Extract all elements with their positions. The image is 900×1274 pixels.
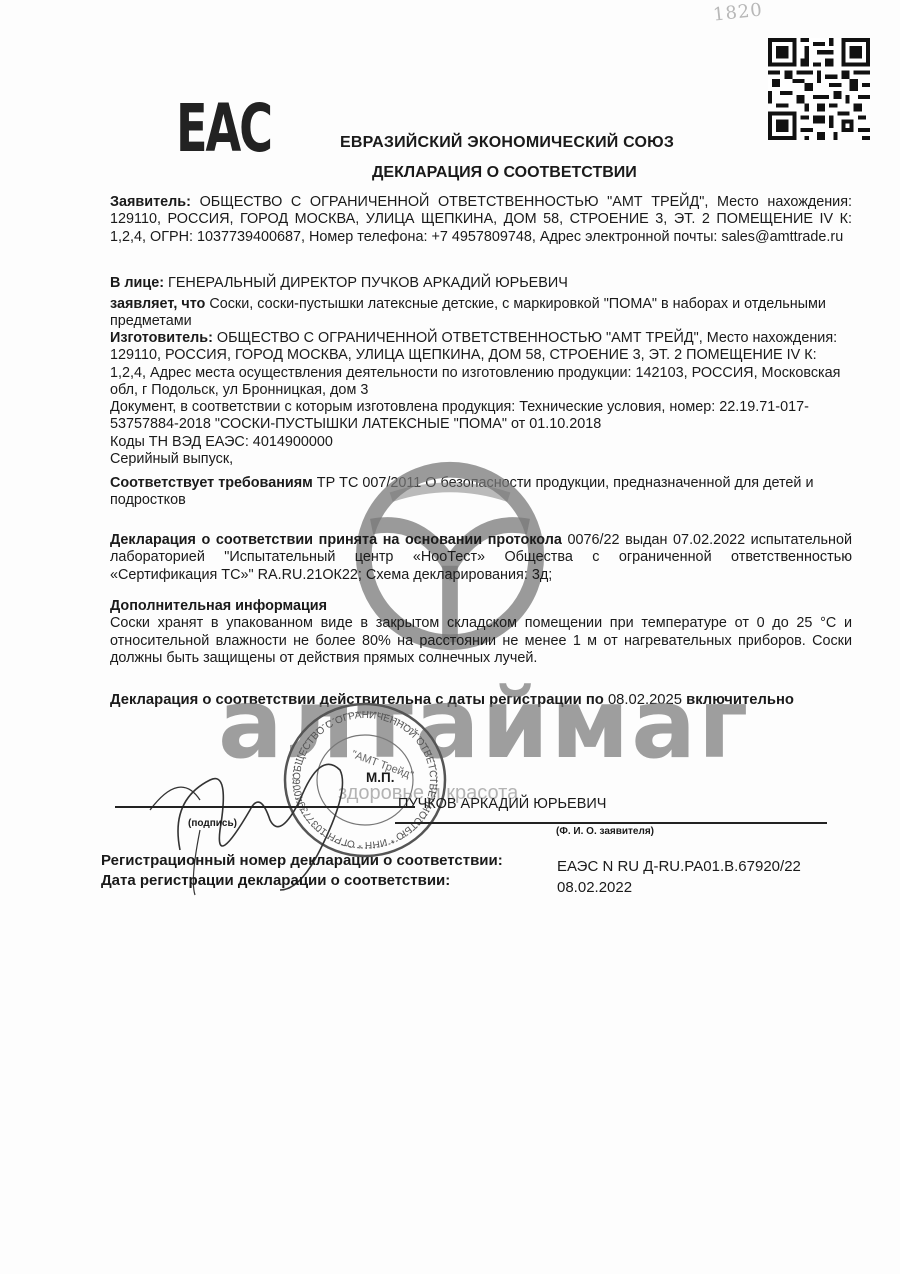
registration-date-value: 08.02.2022: [557, 879, 632, 896]
union-title: ЕВРАЗИЙСКИЙ ЭКОНОМИЧЕСКИЙ СОЮЗ: [340, 134, 674, 152]
signature-line: [115, 806, 415, 808]
additional-info-section: Дополнительная информация Соски хранят в…: [110, 598, 852, 667]
represented-by-text: ГЕНЕРАЛЬНЫЙ ДИРЕКТОР ПУЧКОВ АРКАДИЙ ЮРЬЕ…: [168, 275, 568, 291]
signer-caption: (Ф. И. О. заявителя): [556, 826, 654, 837]
handwritten-note: 1820: [712, 0, 764, 26]
signature-caption: (подпись): [188, 818, 237, 829]
represented-by-label: В лице:: [110, 275, 164, 291]
basis-section: Декларация о соответствии принята на осн…: [110, 532, 852, 584]
declares-label: заявляет, что: [110, 296, 205, 312]
additional-info-text: Соски хранят в упакованном виде в закрыт…: [110, 615, 852, 667]
additional-info-label: Дополнительная информация: [110, 598, 852, 615]
registration-number-label: Регистрационный номер декларации о соотв…: [101, 852, 503, 869]
manufacturer-text: ОБЩЕСТВО С ОГРАНИЧЕННОЙ ОТВЕТСТВЕННОСТЬЮ…: [110, 330, 840, 398]
declares-text: Соски, соски-пустышки латексные детские,…: [110, 296, 826, 329]
basis-label: Декларация о соответствии принята на осн…: [110, 532, 562, 548]
manufacturer-label: Изготовитель:: [110, 330, 213, 346]
signer-name: ПУЧКОВ АРКАДИЙ ЮРЬЕВИЧ: [398, 796, 606, 812]
document-title: ДЕКЛАРАЦИЯ О СООТВЕТСТВИИ: [372, 164, 637, 182]
declares-section: заявляет, что Соски, соски-пустышки лате…: [110, 296, 852, 331]
applicant-label: Заявитель:: [110, 194, 191, 210]
signer-name-line: [395, 822, 827, 824]
manufacturer-document: Документ, в соответствии с которым изгот…: [110, 399, 852, 434]
registration-date-label: Дата регистрации декларации о соответств…: [101, 872, 450, 889]
stamp-label: М.П.: [366, 770, 394, 785]
qr-code-icon: [768, 38, 870, 140]
eac-logo: EAC: [176, 96, 271, 162]
applicant-section: Заявитель: ОБЩЕСТВО С ОГРАНИЧЕННОЙ ОТВЕТ…: [110, 194, 852, 246]
complies-label: Соответствует требованиям: [110, 475, 313, 491]
applicant-text: ОБЩЕСТВО С ОГРАНИЧЕННОЙ ОТВЕТСТВЕННОСТЬЮ…: [110, 194, 852, 245]
manufacturer-section: Изготовитель: ОБЩЕСТВО С ОГРАНИЧЕННОЙ ОТ…: [110, 330, 852, 468]
tn-ved-code: Коды ТН ВЭД ЕАЭС: 4014900000: [110, 434, 852, 451]
registration-number-value: ЕАЭС N RU Д-RU.РА01.В.67920/22: [557, 858, 801, 875]
represented-by-section: В лице: ГЕНЕРАЛЬНЫЙ ДИРЕКТОР ПУЧКОВ АРКА…: [110, 275, 852, 292]
